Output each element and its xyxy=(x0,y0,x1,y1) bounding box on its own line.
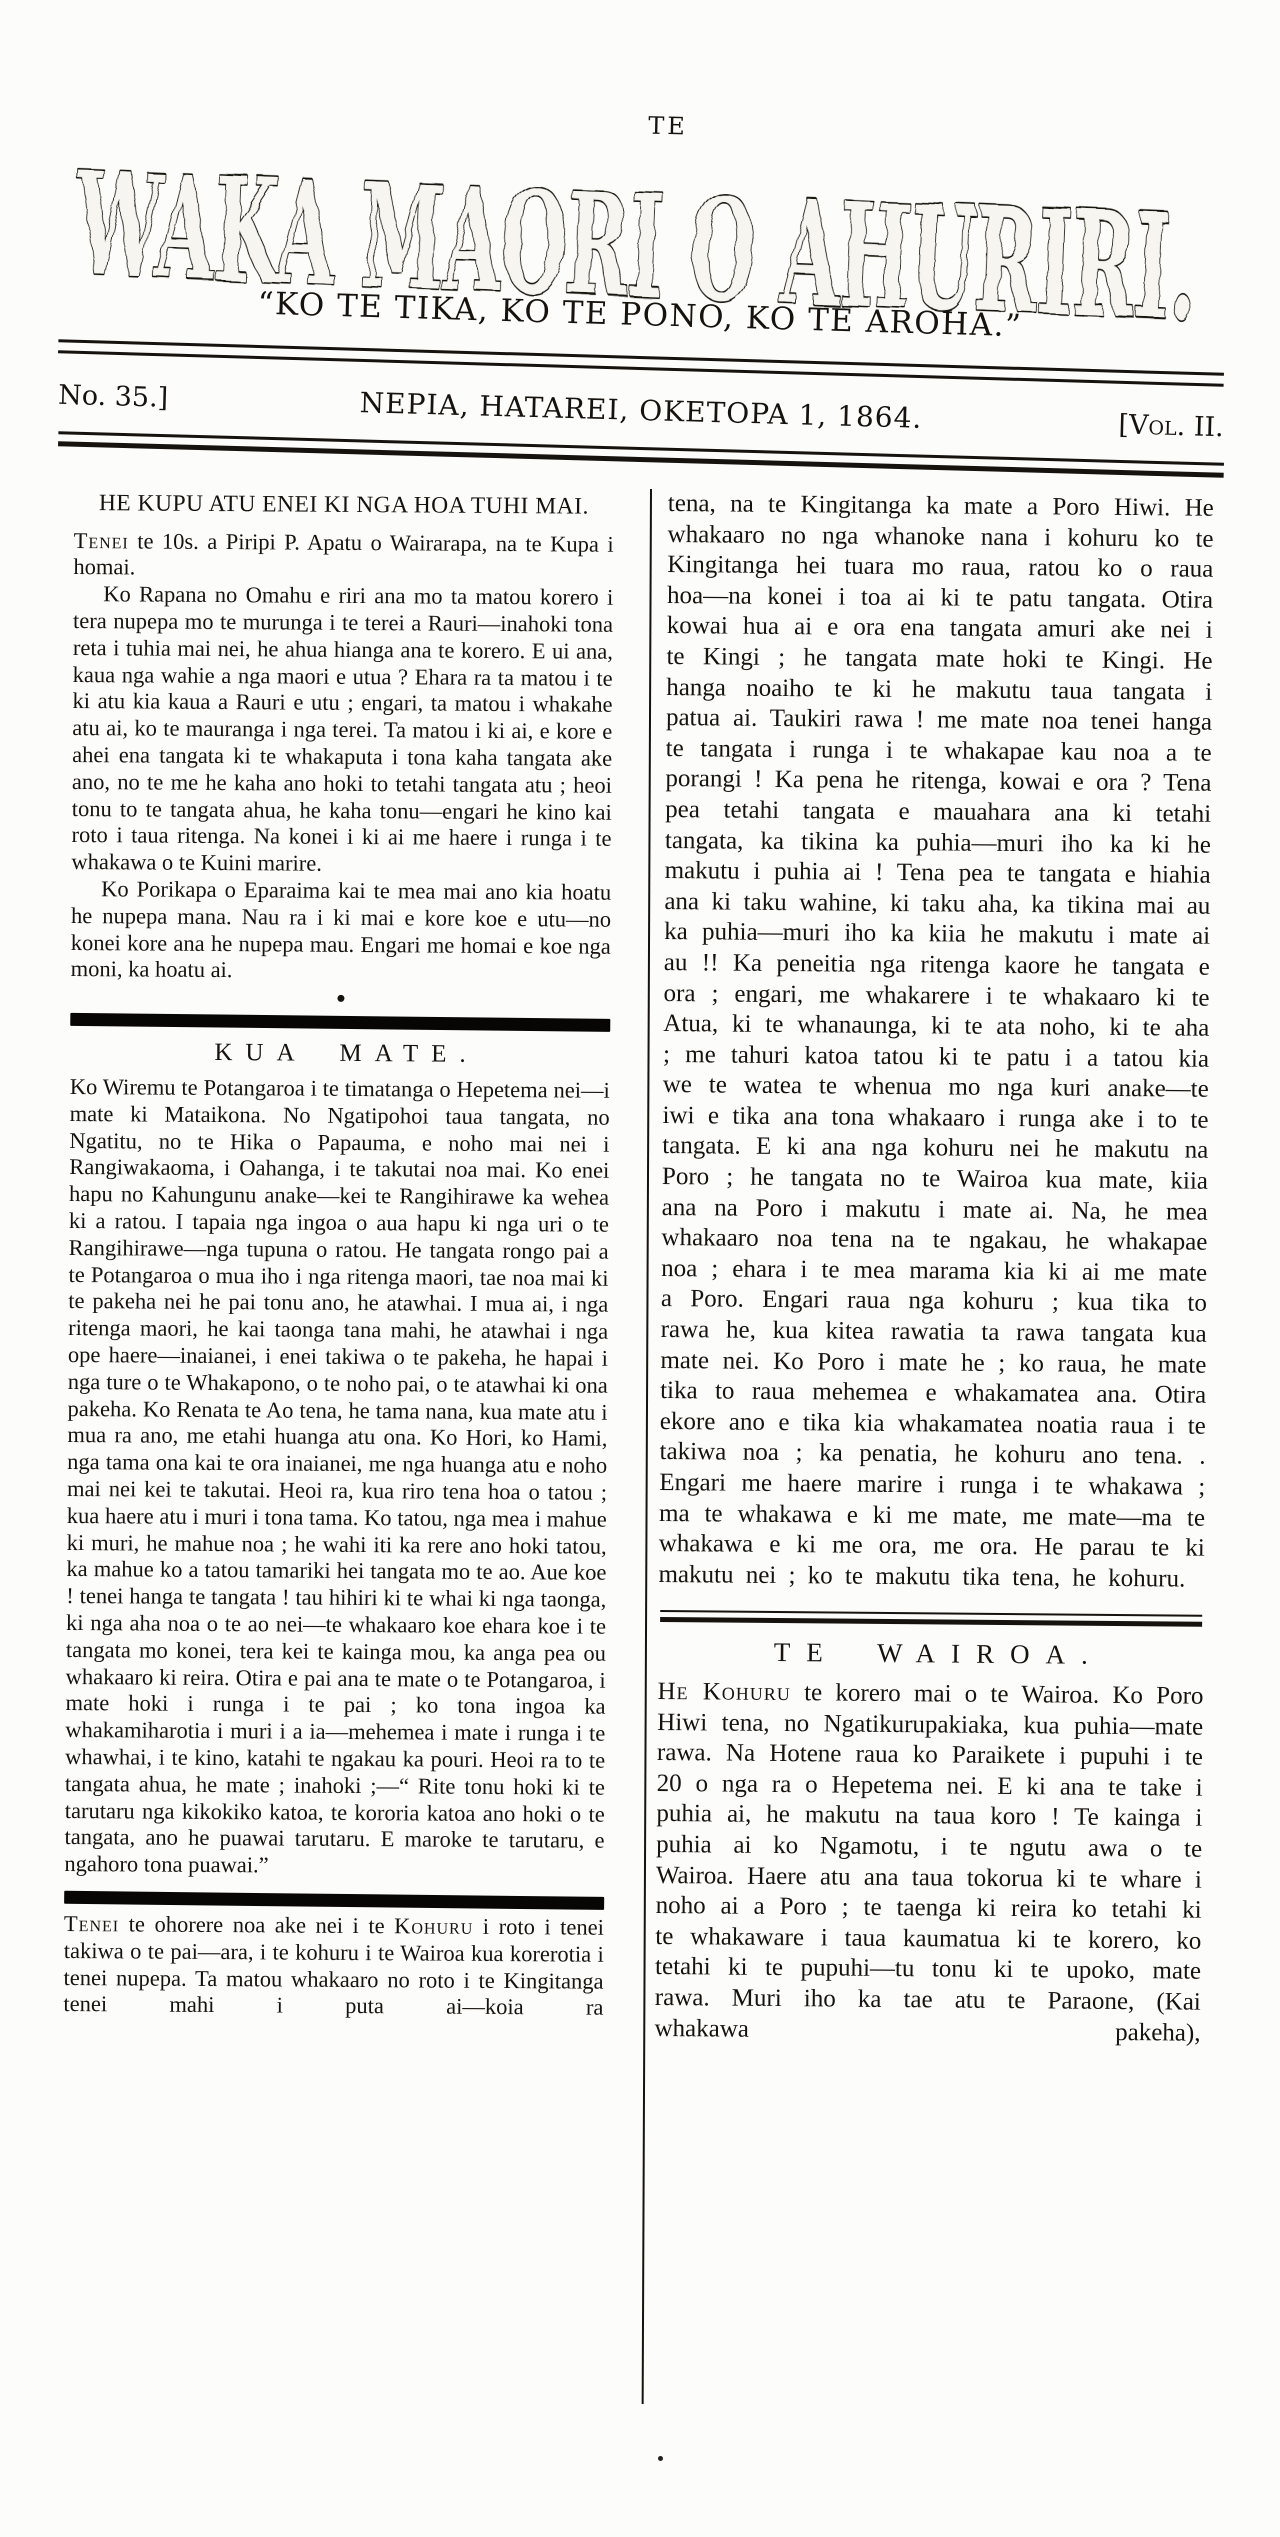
article-heading: TE WAIROA. xyxy=(658,1636,1204,1671)
column-divider xyxy=(642,489,652,2404)
paragraph: Ko Porikapa o Eparaima kai te mea mai an… xyxy=(71,876,612,987)
rule-line xyxy=(660,1610,1202,1617)
article-heading: HE KUPU ATU ENEI KI NGA HOA TUHI MAI. xyxy=(74,489,614,521)
column-left: HE KUPU ATU ENEI KI NGA HOA TUHI MAI.Ten… xyxy=(63,489,614,2022)
paragraph-text: te ohorere noa ake nei i te xyxy=(119,1911,394,1938)
paragraph: He Kohuru te korero mai o te Wairoa. Ko … xyxy=(654,1677,1203,2049)
double-rule xyxy=(660,1610,1202,1627)
separator-dot xyxy=(337,995,344,1002)
section-divider-bar xyxy=(64,1891,604,1910)
article-heading: KUA MATE. xyxy=(70,1039,610,1070)
column-right: tena, na te Kingitanga ka mate a Poro Hi… xyxy=(654,489,1214,2049)
newspaper-page: TE WAKA MAORI O AHURIRI. “KO TE TIKA, KO… xyxy=(0,0,1280,2537)
issue-number: No. 35.] xyxy=(58,380,360,419)
paragraph: Tenei te 10s. a Piripi P. Apatu o Wairar… xyxy=(73,528,613,585)
article-columns: HE KUPU ATU ENEI KI NGA HOA TUHI MAI.Ten… xyxy=(74,489,1214,2404)
small-caps-leadin: Tenei xyxy=(64,1911,119,1936)
rule-line xyxy=(660,1617,1202,1627)
dateline-place-date: NEPIA, HATAREI, OKETOPA 1, 1864. xyxy=(359,386,923,435)
small-caps-leadin: Kohuru xyxy=(394,1913,473,1939)
paragraph-text: tena, na te Kingitanga ka mate a Poro Hi… xyxy=(658,490,1214,1592)
paragraph: tena, na te Kingitanga ka mate a Poro Hi… xyxy=(658,489,1214,1595)
paragraph-text: Ko Porikapa o Eparaima kai te mea mai an… xyxy=(71,876,612,982)
paragraph: Ko Wiremu te Potangaroa i te timatanga o… xyxy=(64,1074,610,1882)
paragraph-text: Ko Rapana no Omahu e riri ana mo ta mato… xyxy=(71,581,613,876)
dateline: No. 35.] NEPIA, HATAREI, OKETOPA 1, 1864… xyxy=(58,378,1224,444)
volume-number: [Vol. II. xyxy=(922,404,1224,443)
paragraph-text: te korero mai o te Wairoa. Ko Poro Hiwi … xyxy=(654,1679,1203,2046)
paragraph-text: Ko Wiremu te Potangaroa i te timatanga o… xyxy=(64,1074,610,1878)
paragraph-text: te 10s. a Piripi P. Apatu o Wairarapa, n… xyxy=(73,528,613,580)
section-divider-bar xyxy=(70,1013,610,1032)
small-caps-leadin: He Kohuru xyxy=(657,1678,791,1706)
ink-speck xyxy=(658,2456,663,2461)
paragraph: Ko Rapana no Omahu e riri ana mo ta mato… xyxy=(71,581,613,880)
small-caps-leadin: Tenei xyxy=(74,528,129,553)
paragraph: Tenei te ohorere noa ake nei i te Kohuru… xyxy=(63,1911,604,2022)
